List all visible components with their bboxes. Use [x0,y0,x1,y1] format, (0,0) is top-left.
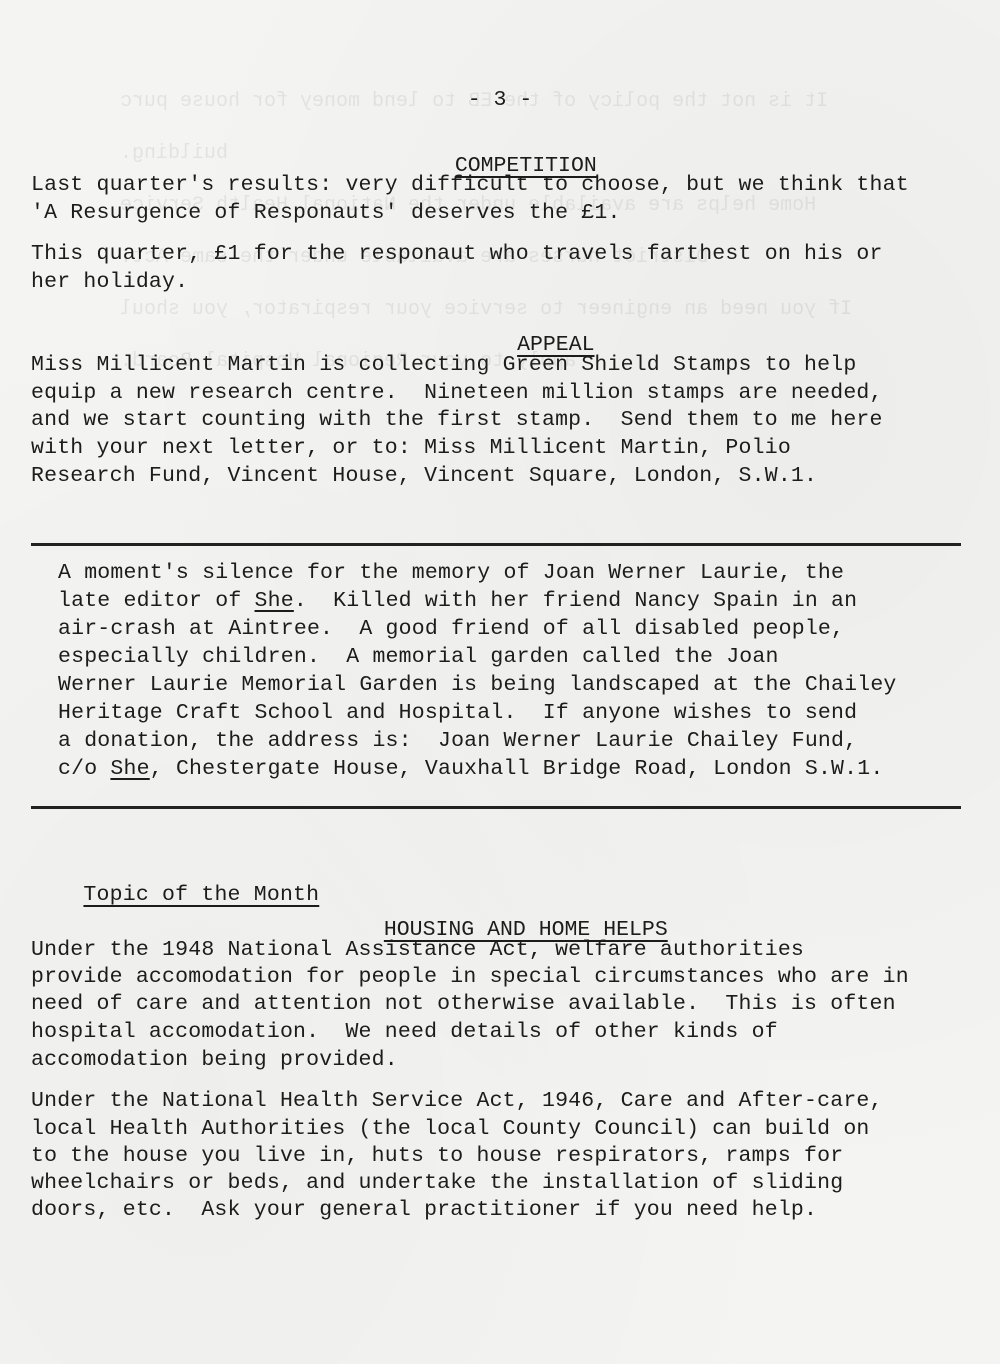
magazine-title: She [255,589,294,613]
magazine-title: She [110,757,149,781]
memorial-line: a donation, the address is: Joan Werner … [58,727,857,755]
appeal-line: with your next letter, or to: Miss Milli… [31,434,791,462]
appeal-line: Miss Millicent Martin is collecting Gree… [31,351,856,379]
competition-line: This quarter, £1 for the responaut who t… [31,240,883,268]
topic-para1-line: hospital accomodation. We need details o… [31,1018,778,1046]
topic-para1-line: provide accomodation for people in speci… [31,963,909,991]
topic-para2-line: doors, etc. Ask your general practitione… [31,1196,817,1224]
topic-para1-line: Under the 1948 National Assistance Act, … [31,936,804,964]
topic-para1-line: accomodation being provided. [31,1046,398,1074]
document-page: It is not the policy of the EB to lend m… [0,0,1000,1364]
memorial-line: A moment's silence for the memory of Joa… [58,559,844,587]
competition-line: her holiday. [31,268,188,296]
topic-para2-line: local Health Authorities (the local Coun… [31,1115,870,1143]
divider-rule [31,543,961,546]
topic-para2-line: to the house you live in, huts to house … [31,1142,843,1170]
topic-para2-line: wheelchairs or beds, and undertake the i… [31,1169,843,1197]
topic-para1-line: need of care and attention not otherwise… [31,990,896,1018]
page-number: - 3 - [0,88,1000,112]
memorial-line: late editor of She. Killed with her frie… [58,587,857,615]
topic-para2-line: Under the National Health Service Act, 1… [31,1087,883,1115]
appeal-line: Research Fund, Vincent House, Vincent Sq… [31,462,817,490]
memorial-line: air-crash at Aintree. A good friend of a… [58,615,844,643]
competition-line: 'A Resurgence of Responauts' deserves th… [31,199,621,227]
memorial-line: Heritage Craft School and Hospital. If a… [58,699,857,727]
memorial-line: c/o She, Chestergate House, Vauxhall Bri… [58,755,883,783]
competition-line: Last quarter's results: very difficult t… [31,171,909,199]
appeal-line: equip a new research centre. Nineteen mi… [31,379,883,407]
memorial-line: Werner Laurie Memorial Garden is being l… [58,671,897,699]
divider-rule [31,806,961,809]
memorial-line: especially children. A memorial garden c… [58,643,779,671]
appeal-line: and we start counting with the first sta… [31,406,883,434]
